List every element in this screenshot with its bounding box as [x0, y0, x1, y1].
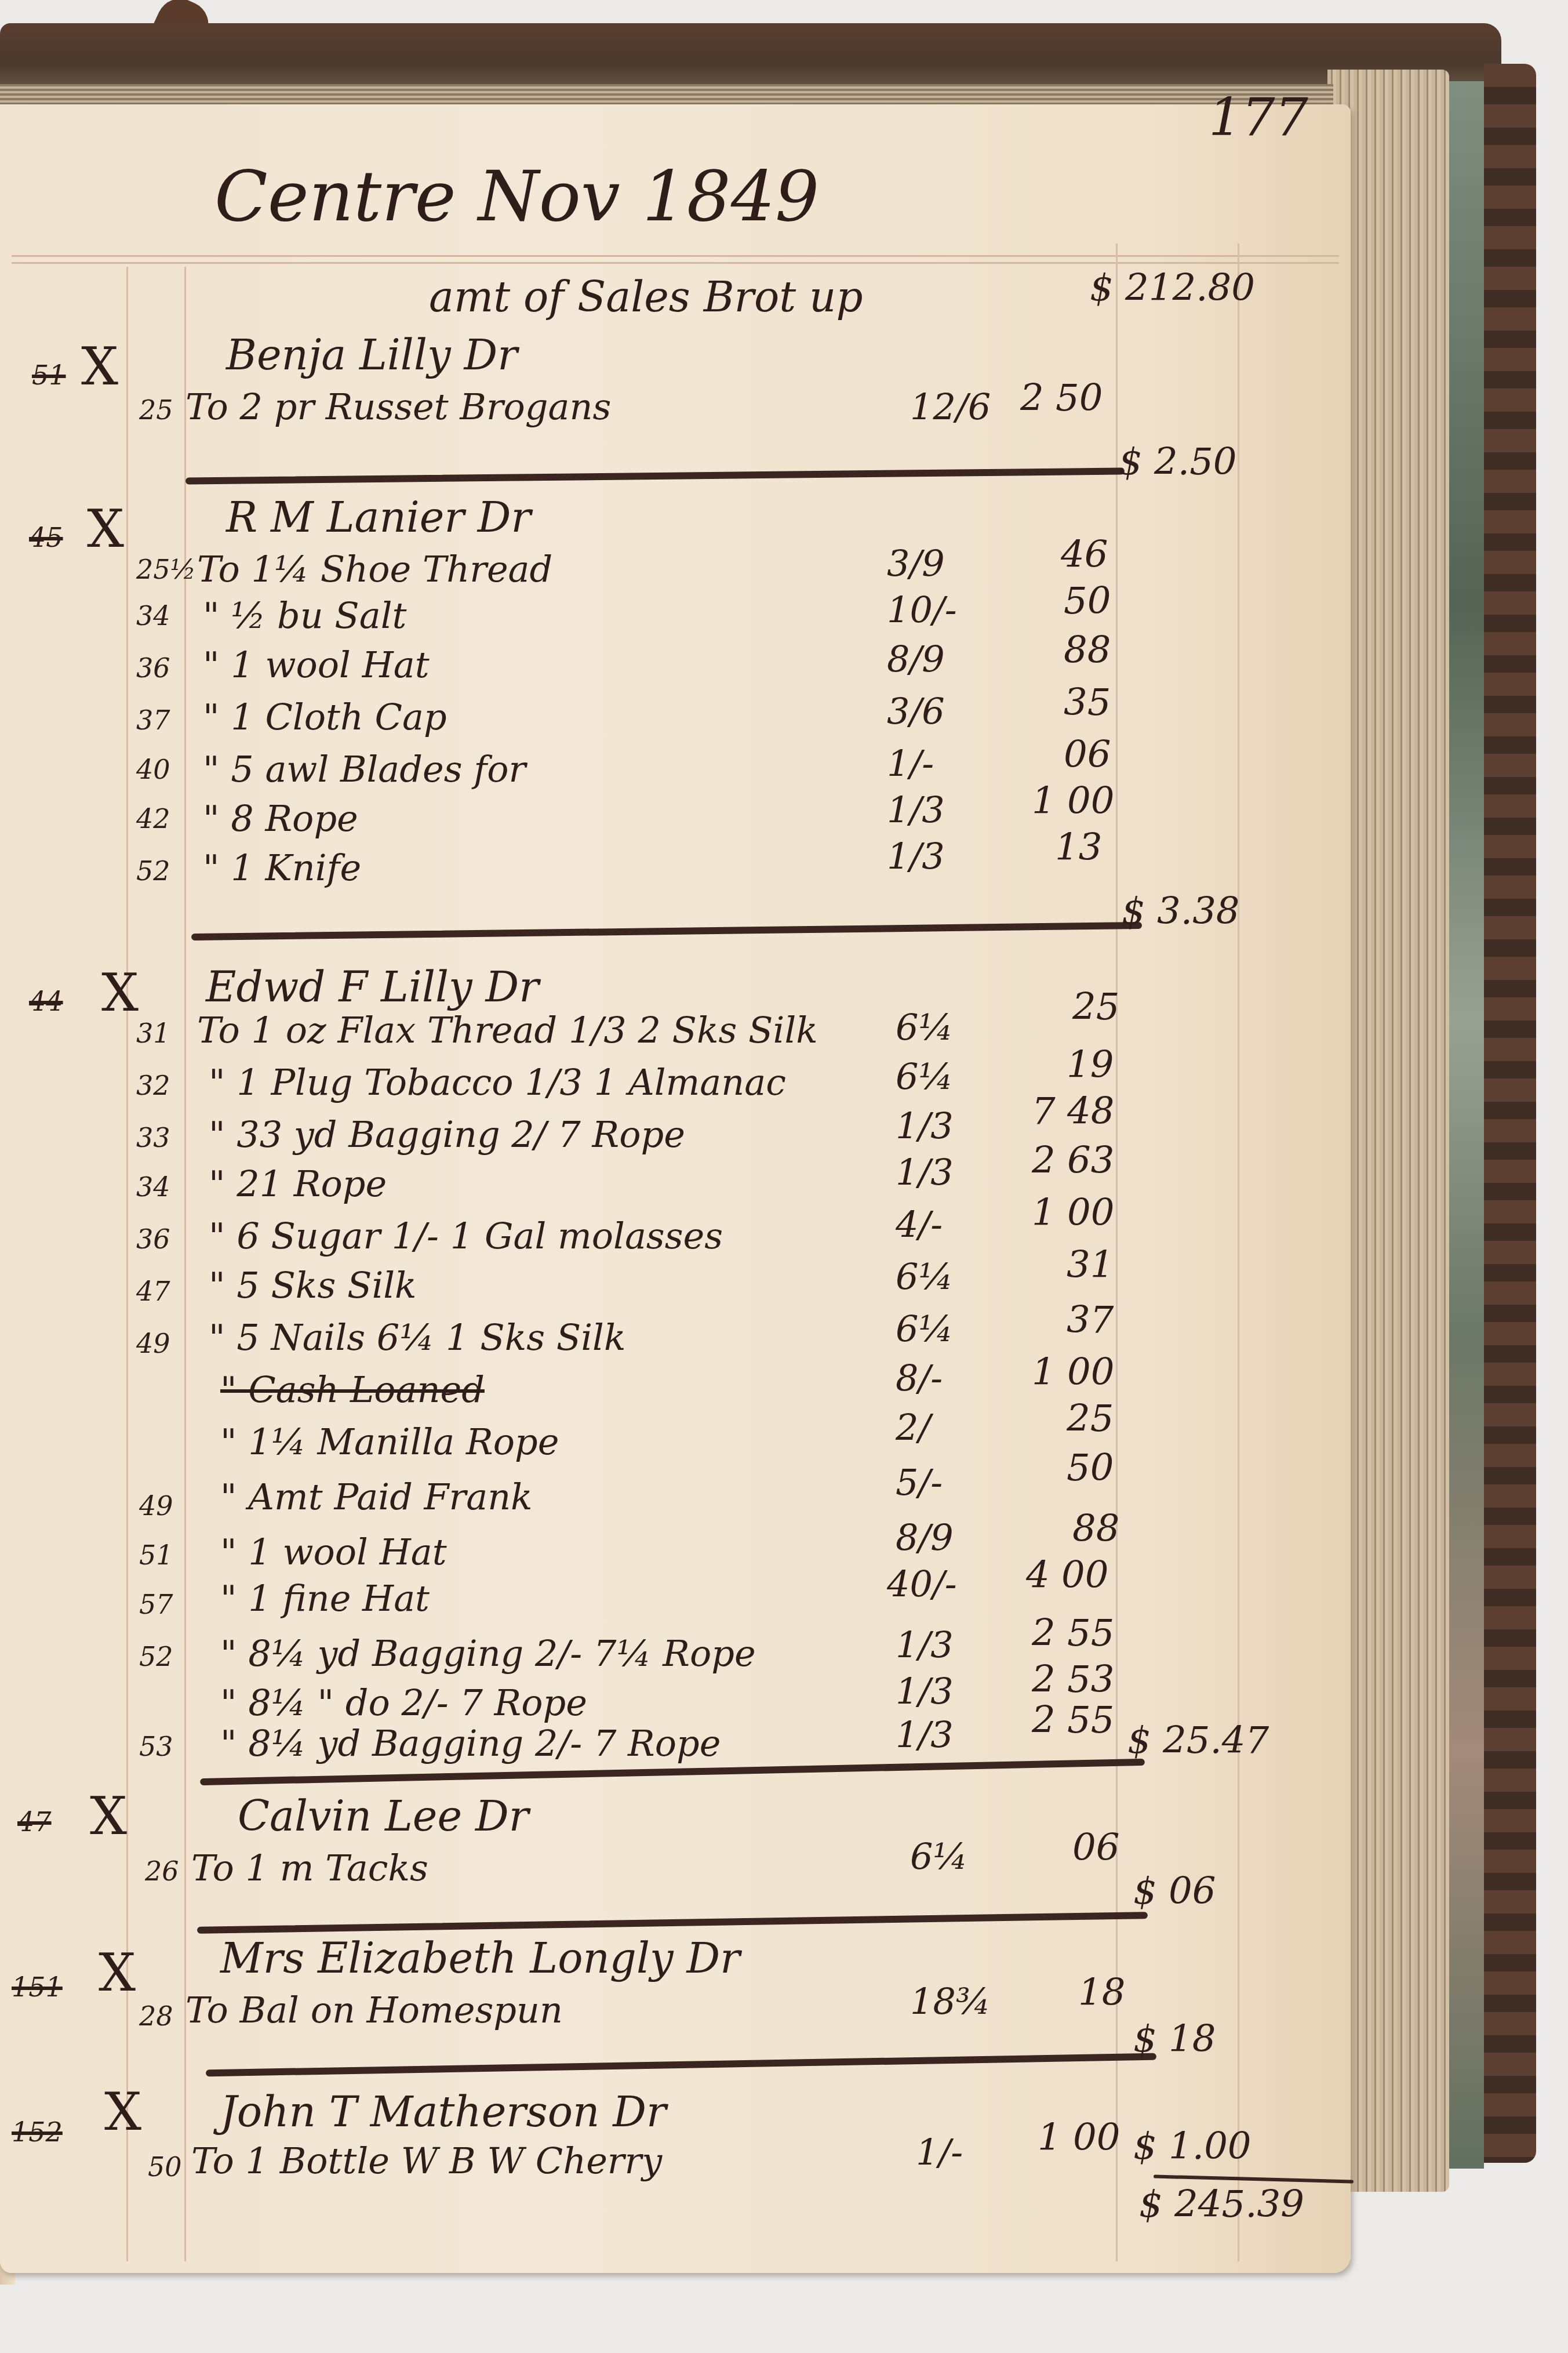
account-total: $ 1.00 [1133, 2125, 1252, 2168]
item-date: 37 [136, 705, 170, 736]
item-amount: 1 00 [1032, 1351, 1115, 1394]
item-date: 57 [139, 1589, 173, 1620]
account-name: R M Lanier Dr [226, 493, 531, 542]
item-rate: 1/3 [887, 789, 945, 831]
column-rule-total [1238, 244, 1239, 2261]
item-date: 34 [136, 1171, 170, 1203]
check-mark: X [99, 1942, 136, 2003]
item-desc-struck: " Cash Loaned [220, 1368, 485, 1411]
ledger-ref: 45 [29, 522, 63, 553]
item-amount: 2 53 [1032, 1658, 1115, 1701]
item-amount: 88 [1064, 629, 1111, 672]
item-date: 33 [136, 1122, 170, 1153]
item-date: 25 [139, 394, 173, 426]
item-desc: " 5 awl Blades for [203, 748, 526, 790]
item-amount: 50 [1067, 1447, 1114, 1490]
item-date: 36 [136, 1223, 170, 1255]
item-amount: 2 50 [1020, 377, 1103, 420]
check-mark: X [90, 1786, 127, 1847]
item-rate: 1/3 [896, 1105, 954, 1147]
item-amount: 06 [1064, 734, 1111, 776]
item-rate: 8/9 [887, 638, 945, 680]
item-desc: " ½ bu Salt [203, 594, 407, 637]
item-rate: 1/3 [896, 1713, 954, 1756]
grand-total: $ 245.39 [1139, 2183, 1304, 2226]
item-date: 53 [139, 1731, 173, 1762]
item-date: 52 [136, 855, 170, 887]
item-date: 50 [148, 2151, 182, 2183]
item-rate: 8/- [896, 1357, 943, 1399]
item-desc: " 8 Rope [203, 797, 358, 840]
item-desc: " 6 Sugar 1/- 1 Gal molasses [209, 1215, 723, 1257]
item-desc: " 1 wool Hat [220, 1531, 447, 1573]
item-amount: 13 [1055, 826, 1102, 869]
item-date: 25½ [136, 554, 196, 585]
item-desc: " 1 fine Hat [220, 1577, 430, 1619]
item-date: 52 [139, 1641, 173, 1672]
item-amount: 35 [1064, 681, 1111, 724]
check-mark: X [104, 2082, 141, 2143]
item-rate: 1/3 [896, 1670, 954, 1712]
item-amount: 1 00 [1032, 780, 1115, 823]
page-top-edges [0, 84, 1333, 107]
item-date: 42 [136, 803, 170, 834]
ledger-ref: 47 [17, 1806, 52, 1838]
item-desc: " 1 wool Hat [203, 644, 430, 686]
page-title: Centre Nov 1849 [214, 157, 819, 237]
ledger-ref: 51 [32, 360, 66, 391]
item-desc: " 8¼ yd Bagging 2/- 7¼ Rope [220, 1632, 756, 1675]
item-rate: 40/- [887, 1563, 957, 1605]
item-rate: 6¼ [896, 1255, 954, 1298]
item-desc: To 1 m Tacks [191, 1847, 428, 1889]
account-total: $ 18 [1133, 2018, 1216, 2061]
item-amount: 25 [1072, 986, 1119, 1029]
item-date: 36 [136, 652, 170, 684]
item-rate: 10/- [887, 589, 957, 631]
check-mark: X [101, 963, 139, 1023]
item-amount: 31 [1067, 1244, 1114, 1287]
ledger-ref: 151 [12, 1971, 63, 2003]
page-number: 177 [1209, 87, 1308, 148]
item-date: 31 [136, 1018, 170, 1049]
check-mark: X [87, 499, 124, 560]
book-cover-top [0, 23, 1501, 93]
marbled-endpaper [1443, 81, 1484, 2169]
item-date: 40 [136, 754, 170, 785]
item-date: 47 [136, 1276, 170, 1307]
item-amount: 19 [1067, 1044, 1114, 1087]
item-date: 34 [136, 600, 170, 631]
item-date: 49 [139, 1490, 173, 1522]
account-total: $ 06 [1133, 1870, 1216, 1913]
ledger-ref: 152 [12, 2116, 63, 2148]
item-desc: " 5 Sks Silk [209, 1264, 417, 1306]
item-rate: 6¼ [896, 1308, 954, 1350]
item-desc: " 1 Plug Tobacco 1/3 1 Almanac [209, 1061, 786, 1103]
header-rule [12, 255, 1339, 257]
item-rate: 1/3 [896, 1151, 954, 1193]
item-amount: 25 [1067, 1397, 1114, 1440]
item-amount: 2 55 [1032, 1612, 1115, 1655]
item-amount: 1 00 [1038, 2116, 1120, 2159]
item-amount: 18 [1078, 1971, 1125, 2014]
account-name: Calvin Lee Dr [238, 1792, 529, 1840]
account-total: $ 2.50 [1119, 441, 1237, 484]
item-desc: " 5 Nails 6¼ 1 Sks Silk [209, 1316, 625, 1359]
item-rate: 6¼ [896, 1006, 954, 1048]
item-amount: 1 00 [1032, 1192, 1115, 1234]
item-rate: 8/9 [896, 1516, 954, 1559]
item-date: 32 [136, 1070, 170, 1101]
account-name: Benja Lilly Dr [226, 331, 518, 379]
item-date: 28 [139, 2000, 173, 2032]
item-rate: 1/- [916, 2131, 963, 2173]
book-spine-edge [1484, 64, 1536, 2163]
item-rate: 5/- [896, 1461, 943, 1504]
item-rate: 3/9 [887, 542, 945, 584]
item-amount: 88 [1072, 1508, 1119, 1550]
item-desc: " 33 yd Bagging 2/ 7 Rope [209, 1113, 685, 1156]
account-total: $ 3.38 [1122, 890, 1240, 933]
item-desc: " 1 Cloth Cap [203, 696, 447, 738]
item-amount: 2 55 [1032, 1699, 1115, 1742]
account-name: John T Matherson Dr [220, 2087, 666, 2136]
item-rate: 4/- [896, 1203, 943, 1246]
brought-up-label: amt of Sales Brot up [429, 273, 863, 321]
item-desc: " 21 Rope [209, 1163, 387, 1205]
item-desc: " 8¼ " do 2/- 7 Rope [220, 1682, 587, 1724]
item-date: 49 [136, 1328, 170, 1359]
item-rate: 3/6 [887, 690, 945, 732]
item-rate: 1/- [887, 742, 934, 785]
item-desc: " 1 Knife [203, 847, 361, 889]
item-rate: 1/3 [896, 1624, 954, 1666]
column-rule-amount [1116, 244, 1118, 2261]
item-rate: 1/3 [887, 835, 945, 877]
item-rate: 12/6 [910, 386, 991, 428]
header-rule-2 [12, 262, 1339, 264]
item-amount: 4 00 [1026, 1554, 1109, 1597]
brought-up-amount: $ 212.80 [1090, 267, 1255, 310]
item-rate: 2/ [896, 1406, 930, 1448]
account-name: Mrs Elizabeth Longly Dr [220, 1934, 740, 1982]
item-desc: To 1 Bottle W B W Cherry [191, 2140, 662, 2182]
item-desc: " Amt Paid Frank [220, 1476, 533, 1518]
item-amount: 50 [1064, 580, 1111, 623]
item-date: 26 [145, 1855, 179, 1887]
account-total: $ 25.47 [1127, 1719, 1269, 1762]
item-rate: 6¼ [910, 1835, 968, 1878]
ledger-ref: 44 [29, 986, 63, 1017]
account-name: Edwd F Lilly Dr [206, 963, 539, 1011]
item-desc: To 1¼ Shoe Thread [197, 548, 552, 590]
item-desc: To 1 oz Flax Thread 1/3 2 Sks Silk [197, 1009, 818, 1051]
item-amount: 06 [1072, 1827, 1119, 1869]
item-rate: 6¼ [896, 1055, 954, 1098]
item-rate: 18¾ [910, 1980, 991, 2022]
item-date: 51 [139, 1539, 173, 1571]
item-amount: 2 63 [1032, 1139, 1115, 1182]
item-desc: " 8¼ yd Bagging 2/- 7 Rope [220, 1722, 721, 1764]
item-amount: 37 [1067, 1299, 1114, 1342]
check-mark: X [81, 336, 118, 397]
item-desc: To Bal on Homespun [185, 1989, 563, 2031]
item-desc: To 2 pr Russet Brogans [185, 386, 611, 428]
item-desc: " 1¼ Manilla Rope [220, 1421, 559, 1463]
item-amount: 46 [1061, 533, 1108, 576]
item-amount: 7 48 [1032, 1090, 1115, 1133]
